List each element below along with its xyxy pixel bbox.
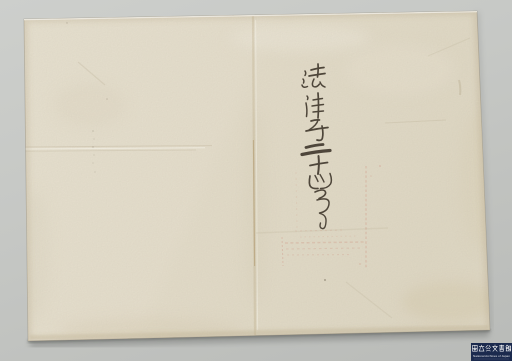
archive-watermark: 国立公文書館 bbox=[471, 343, 512, 361]
scan-canvas: 法律第二十四号 bbox=[0, 0, 512, 361]
document-scan: 法律第二十四号 bbox=[0, 0, 512, 361]
watermark-english: National Archives of Japan bbox=[473, 354, 510, 358]
